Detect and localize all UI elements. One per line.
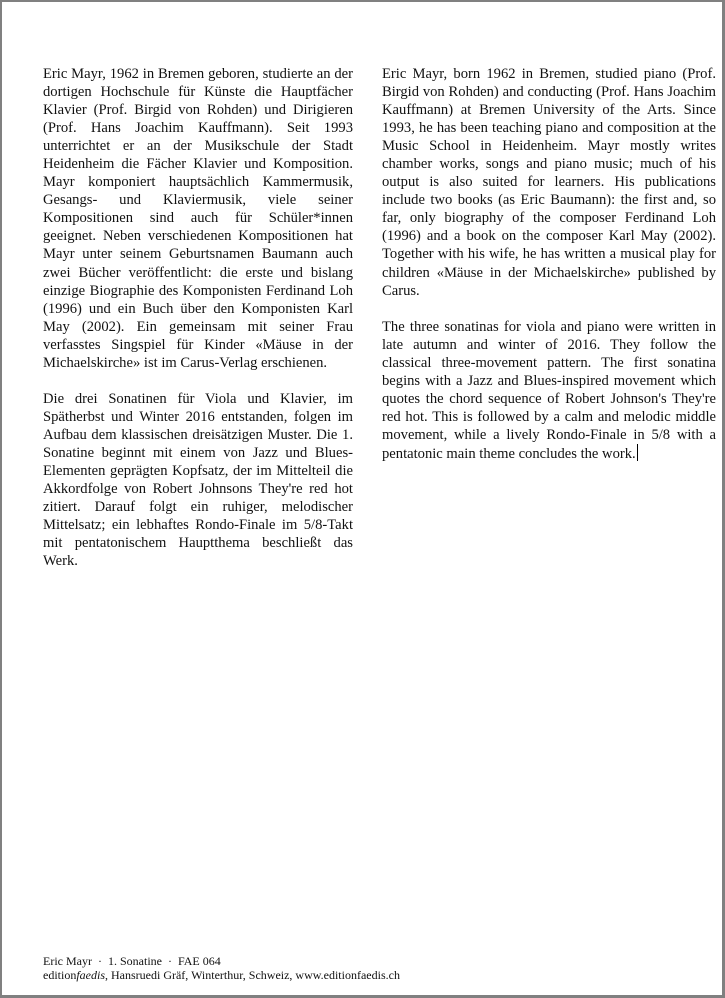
publisher-details: , Hansruedi Gräf, Winterthur, Schweiz, w… — [105, 968, 400, 982]
text-cursor — [637, 444, 638, 461]
footer-separator: · — [92, 954, 108, 968]
english-work-description-text: The three sonatinas for viola and piano … — [382, 319, 716, 462]
footer-work-title: 1. Sonatine — [108, 954, 162, 968]
footer-separator: · — [162, 954, 178, 968]
german-work-description-paragraph: Die drei Sonatinen für Viola und Klavier… — [43, 390, 353, 570]
footer-catalog-number: FAE 064 — [178, 954, 221, 968]
publisher-name-prefix: edition — [43, 968, 76, 982]
english-work-description-paragraph: The three sonatinas for viola and piano … — [382, 318, 716, 463]
footer-publisher-info: editionfaedis, Hansruedi Gräf, Winterthu… — [43, 969, 400, 983]
footer-work-info: Eric Mayr·1. Sonatine·FAE 064 — [43, 955, 400, 969]
publisher-name-italic: faedis — [76, 968, 105, 982]
german-biography-paragraph: Eric Mayr, 1962 in Bremen geboren, studi… — [43, 65, 353, 372]
english-biography-paragraph: Eric Mayr, born 1962 in Bremen, studied … — [382, 65, 716, 300]
english-text-column[interactable]: Eric Mayr, born 1962 in Bremen, studied … — [382, 65, 716, 481]
footer-composer: Eric Mayr — [43, 954, 92, 968]
german-text-column[interactable]: Eric Mayr, 1962 in Bremen geboren, studi… — [43, 65, 353, 588]
page-footer: Eric Mayr·1. Sonatine·FAE 064 editionfae… — [43, 955, 400, 982]
